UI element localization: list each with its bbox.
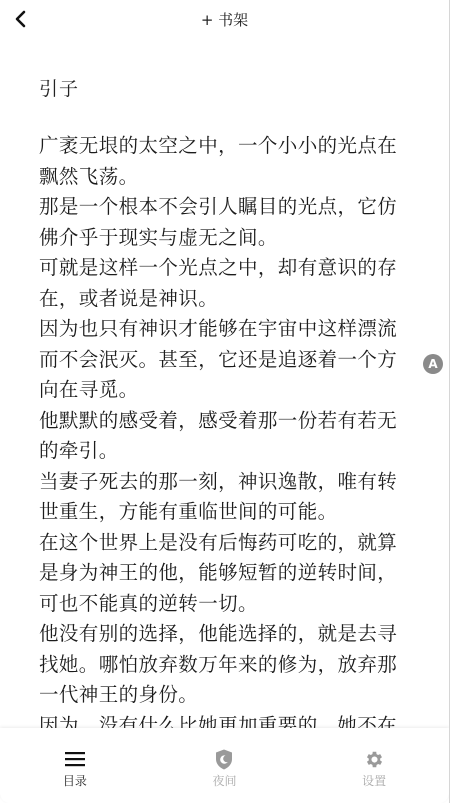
paragraph: 因为也只有神识才能够在宇宙中这样漂流而不会泯灭。甚至，它还是追逐着一个方向在寻觅… <box>39 314 417 406</box>
paragraph: 那是一个根本不会引人瞩目的光点，它仿佛介乎于现实与虚无之间。 <box>39 192 417 253</box>
add-to-shelf-label: + 书架 <box>201 9 248 30</box>
paragraph: 在这个世界上是没有后悔药可吃的，就算是身为神王的他，能够短暂的逆转时间，可也不能… <box>39 528 417 620</box>
chapter-title: 引子 <box>39 74 79 101</box>
reader-screen: + 书架 引子 广袤无垠的太空之中，一个小小的光点在飘然飞荡。 那是一个根本不会… <box>0 0 450 803</box>
auto-read-button[interactable]: A <box>423 354 443 374</box>
gear-icon <box>363 748 385 770</box>
paragraph: 广袤无垠的太空之中，一个小小的光点在飘然飞荡。 <box>39 131 417 192</box>
nav-item-settings[interactable]: 设置 <box>319 728 429 789</box>
paragraph: 当妻子死去的那一刻，神识逸散，唯有转世重生，方能有重临世间的可能。 <box>39 467 417 528</box>
nav-label-settings: 设置 <box>362 772 386 789</box>
nav-item-night[interactable]: 夜间 <box>169 728 279 789</box>
paragraph: 可就是这样一个光点之中，却有意识的存在，或者说是神识。 <box>39 253 417 314</box>
nav-item-catalog[interactable]: 目录 <box>20 728 130 789</box>
top-bar: + 书架 <box>0 0 449 38</box>
paragraph: 他没有别的选择，他能选择的，就是去寻找她。哪怕放弃数万年来的修为，放弃那一代神王… <box>39 619 417 711</box>
bottom-nav: 目录 夜间 设置 <box>0 728 449 803</box>
night-shield-icon <box>213 748 235 770</box>
auto-read-label: A <box>428 357 437 371</box>
nav-label-night: 夜间 <box>212 772 236 789</box>
nav-label-catalog: 目录 <box>63 772 87 789</box>
add-to-shelf-button[interactable]: + 书架 <box>0 9 449 30</box>
menu-icon <box>64 748 86 770</box>
paragraph: 他默默的感受着，感受着那一份若有若无的牵引。 <box>39 406 417 467</box>
chapter-content: 广袤无垠的太空之中，一个小小的光点在飘然飞荡。 那是一个根本不会引人瞩目的光点，… <box>39 131 417 741</box>
